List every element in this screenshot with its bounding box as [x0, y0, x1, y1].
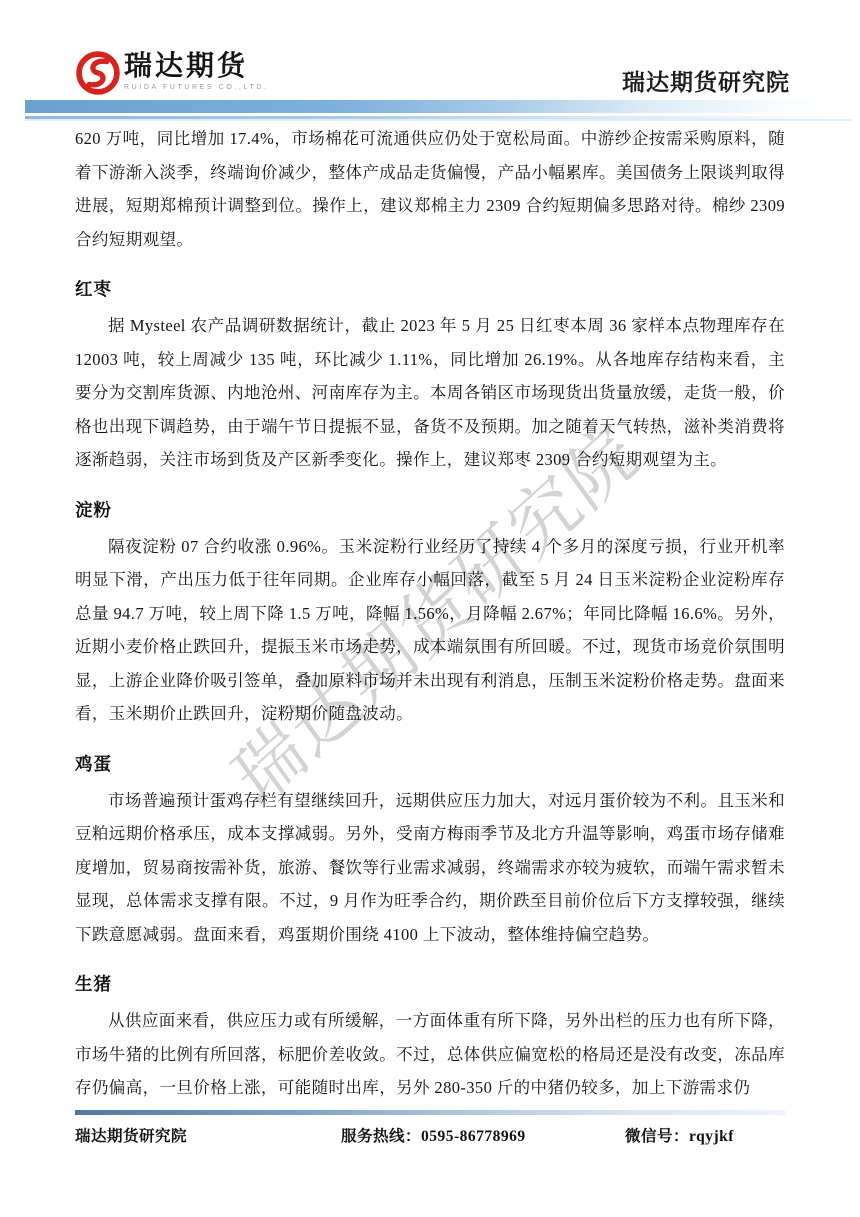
- brand-name-cn: 瑞达期货: [124, 50, 269, 82]
- section-paragraph-dianfen: 隔夜淀粉 07 合约收涨 0.96%。玉米淀粉行业经历了持续 4 个多月的深度亏…: [75, 530, 785, 731]
- footer-divider-bar: [75, 1110, 785, 1115]
- section-heading-dianfen: 淀粉: [75, 499, 785, 521]
- footer-institute: 瑞达期货研究院: [75, 1124, 187, 1146]
- footer-hotline: 服务热线：0595-86778969: [341, 1124, 526, 1146]
- header-divider-line: [25, 116, 852, 119]
- logo-text: 瑞达期货 RUIDA FUTURES CO.,LTD.: [124, 50, 269, 91]
- company-logo: 瑞达期货 RUIDA FUTURES CO.,LTD.: [76, 50, 269, 96]
- section-paragraph-shengzhu: 从供应面来看，供应压力或有所缓解，一方面体重有所下降，另外出栏的压力也有所下降，…: [75, 1004, 785, 1105]
- footer: 瑞达期货研究院 服务热线：0595-86778969 微信号：rqyjkf: [75, 1124, 785, 1148]
- section-paragraph-jidan: 市场普遍预计蛋鸡存栏有望继续回升，远期供应压力加大，对远月蛋价较为不利。且玉米和…: [75, 784, 785, 952]
- brand-name-en: RUIDA FUTURES CO.,LTD.: [124, 84, 269, 91]
- section-paragraph-hongzao: 据 Mysteel 农产品调研数据统计，截止 2023 年 5 月 25 日红枣…: [75, 309, 785, 477]
- document-body: 620 万吨，同比增加 17.4%，市场棉花可流通供应仍处于宽松局面。中游纱企按…: [75, 122, 785, 1105]
- header-institute-title: 瑞达期货研究院: [622, 64, 790, 97]
- footer-wechat: 微信号：rqyjkf: [625, 1124, 734, 1146]
- header-divider-bar: [25, 100, 852, 113]
- report-page: 瑞达期货 RUIDA FUTURES CO.,LTD. 瑞达期货研究院 瑞达期货…: [0, 0, 860, 1217]
- section-heading-hongzao: 红枣: [75, 278, 785, 300]
- intro-paragraph: 620 万吨，同比增加 17.4%，市场棉花可流通供应仍处于宽松局面。中游纱企按…: [75, 122, 785, 256]
- section-heading-jidan: 鸡蛋: [75, 753, 785, 775]
- ruida-logo-icon: [76, 50, 120, 96]
- section-heading-shengzhu: 生猪: [75, 973, 785, 995]
